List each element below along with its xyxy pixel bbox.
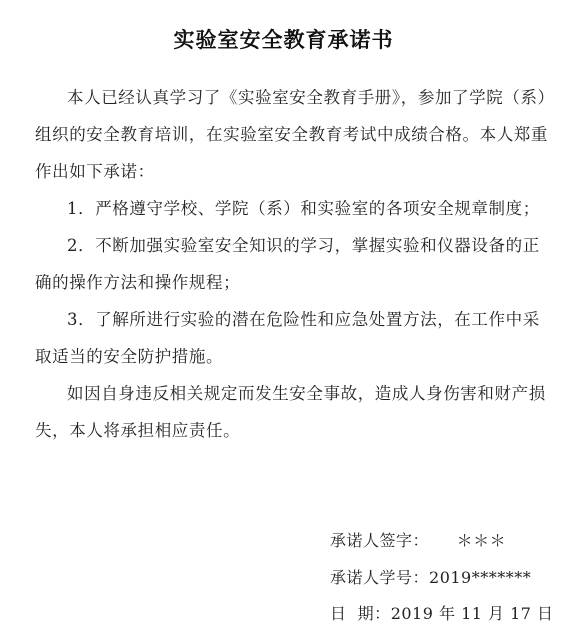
commitment-item-2: 2．不断加强实验室安全知识的学习，掌握实验和仪器设备的正 (67, 232, 562, 256)
liability-paragraph: 如因自身违反相关规定而发生安全事故，造成人身伤害和财产损 (67, 380, 562, 404)
document-title: 实验室安全教育承诺书 (0, 24, 567, 54)
signer-label: 承诺人签字： (330, 531, 429, 550)
student-id-label: 承诺人学号： (330, 568, 429, 587)
liability-paragraph-cont: 失，本人将承担相应责任。 (35, 417, 530, 441)
paragraph-line: 本人已经认真学习了《实验室安全教育手册》，参加了学院（系） (67, 84, 562, 108)
commitment-item-3: 3．了解所进行实验的潜在危险性和应急处置方法，在工作中采 (67, 306, 562, 330)
date-value: 2019 年 11 月 17 日 (391, 601, 554, 624)
commitment-item-2-cont: 确的操作方法和操作规程； (35, 269, 530, 293)
date-row: 日 期：2019 年 11 月 17 日 (330, 601, 554, 624)
student-id-row: 承诺人学号：2019******* (330, 565, 531, 588)
paragraph-line: 组织的安全教育培训，在实验室安全教育考试中成绩合格。本人郑重 (35, 121, 530, 145)
student-id-value: 2019******* (429, 568, 531, 587)
signer-row: 承诺人签字： ＊＊＊ (330, 528, 506, 551)
commitment-item-3-cont: 取适当的安全防护措施。 (35, 343, 530, 367)
paragraph-line: 作出如下承诺： (35, 158, 530, 182)
signer-value: ＊＊＊ (457, 528, 507, 551)
date-label: 日 期： (330, 604, 391, 623)
commitment-item-1: 1．严格遵守学校、学院（系）和实验室的各项安全规章制度； (67, 195, 562, 219)
